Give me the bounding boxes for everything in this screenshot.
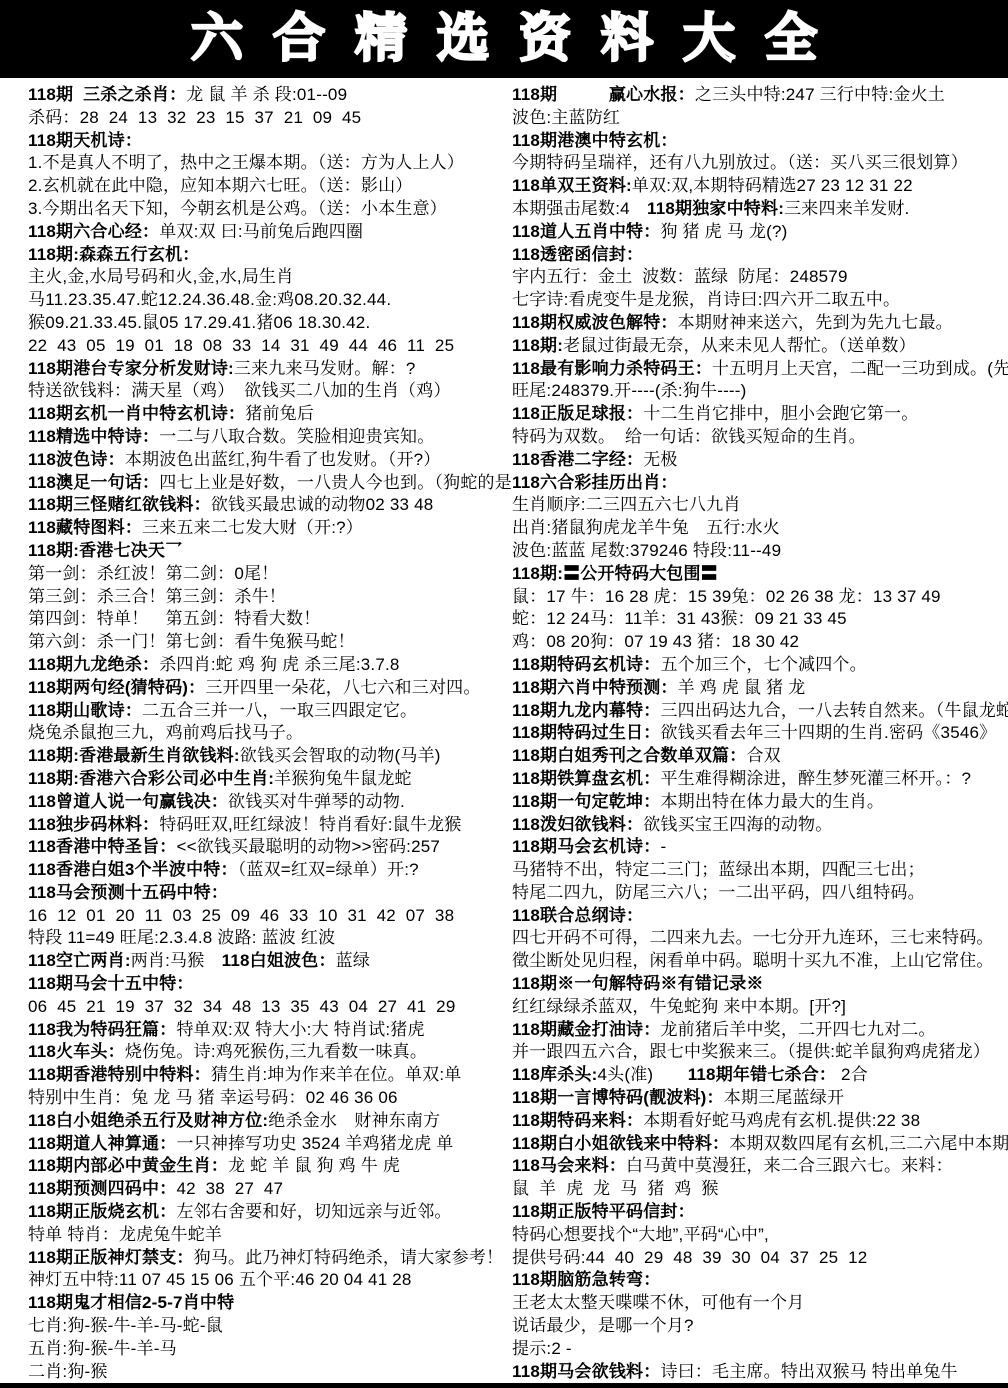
- line-label: 118期道人神算通：: [28, 1134, 176, 1153]
- lottery-info-sheet: 六合精选资料大全 118期 三杀之杀肖：龙 鼠 羊 杀 段:01--09杀码：2…: [0, 0, 1008, 1388]
- line-text: 二肖:狗-猴: [28, 1362, 108, 1381]
- line-label: 118香港二字经：: [512, 450, 643, 469]
- line-label: 118库杀头:: [512, 1065, 598, 1084]
- line-label: 赢心水报：: [609, 85, 695, 104]
- line-text: 龙前猪后羊中奖，二开四七九对二。: [660, 1020, 935, 1039]
- line-label: 118独步码林料：: [28, 815, 159, 834]
- line-label: 118马会来料：: [512, 1156, 626, 1175]
- line-label: 118香港中特圣旨：: [28, 837, 176, 856]
- text-line: 马猪特不出，特定二三门；蓝绿出本期，四配三七出；: [512, 859, 1008, 882]
- line-label: 118曾道人说一句赢钱决：: [28, 792, 228, 811]
- line-label: 118精选中特诗：: [28, 427, 159, 446]
- text-line: 特码心想要找个“大地”,平码“心中”,: [512, 1224, 1008, 1247]
- line-text: 22 43 05 19 01 18 08 33 14 31 49 44 46 1…: [28, 336, 454, 355]
- text-line: 红红绿绿杀蓝双，牛兔蛇狗 来中本期。[开?]: [512, 996, 1008, 1019]
- line-text: 白马黄中莫漫狂，来二合三跟六七。来料：: [626, 1156, 953, 1175]
- line-text: 三来四来羊发财.: [784, 199, 909, 218]
- text-line: 118火车头：烧伤兔。诗:鸡死猴伤,三九看数一味真。: [28, 1041, 504, 1064]
- text-line: 118期白小姐欲钱来中特料：本期双数四尾有玄机,三二六尾中本期: [512, 1133, 1008, 1156]
- line-text: 1.不是真人不明了，热中之王爆本期。（送：方为人上人）: [28, 153, 464, 172]
- line-label: 118波色诗：: [28, 450, 125, 469]
- text-line: 118六合彩挂历出肖：: [512, 472, 1008, 495]
- line-text: 生肖顺序:二三四五六七八九肖: [512, 495, 741, 514]
- line-label: 118期铁算盘玄机：: [512, 769, 660, 788]
- text-line: 第一剑：杀红波！第二剑：0尾！: [28, 563, 504, 586]
- line-text: 之三头中特:247 三行中特:金火土: [695, 85, 945, 104]
- text-line: 118单双王资料:单双:双,本期特码精选27 23 12 31 22: [512, 175, 1008, 198]
- line-label: 118期独家中特料:: [647, 199, 784, 218]
- line-text: 三来九来马发财。解：?: [234, 359, 416, 378]
- line-text: 说话最少，是哪一个月?: [512, 1316, 694, 1335]
- line-label: 118期六肖中特预测：: [512, 678, 678, 697]
- line-text: 合双: [746, 746, 780, 765]
- line-text: 十五明月上天宫，二配一三功到成。(先): [712, 359, 1008, 378]
- text-line: 118期道人神算通：一只神捧写功史 3524 羊鸡猪龙虎 单: [28, 1133, 504, 1156]
- line-label: 118期:〓公开特码大包围〓: [512, 564, 718, 583]
- text-line: 118正版足球报：十二生肖它排中，胆小会跑它第一。: [512, 403, 1008, 426]
- text-line: 特送欲钱料：满天星（鸡） 欲钱买二八加的生肖（鸡）: [28, 380, 504, 403]
- line-text: 特单 特肖：龙虎兔牛蛇羊: [28, 1225, 222, 1244]
- text-line: 王老太太整天喋喋不休，可他有一个月: [512, 1292, 1008, 1315]
- line-label: 118期一句定乾坤：: [512, 792, 660, 811]
- line-text: 提供号码:44 40 29 48 39 30 04 37 25 12: [512, 1248, 867, 1267]
- text-line: 七肖:狗-猴-牛-羊-马-蛇-鼠: [28, 1315, 504, 1338]
- text-line: 118香港二字经：无极: [512, 449, 1008, 472]
- text-line: 提示:2 -: [512, 1338, 1008, 1361]
- text-line: 118期山歌诗：二五合三并一八，一取三四跟定它。: [28, 700, 504, 723]
- text-line: 118期香港特别中特料：猜生肖:坤为作来羊在位。单双:单: [28, 1064, 504, 1087]
- line-text: 2.玄机就在此中隐，应知本期六七旺。（送：影山）: [28, 176, 412, 195]
- line-label: 118澳足一句话：: [28, 473, 159, 492]
- line-text: 羊猴狗兔牛鼠龙蛇: [274, 769, 412, 788]
- line-label: 118期:香港七决天乛: [28, 541, 182, 560]
- line-text: 羊 鸡 虎 鼠 猪 龙: [678, 678, 806, 697]
- line-text: 本期强击尾数:4: [512, 199, 647, 218]
- text-line: 118期:森森五行玄机：: [28, 244, 504, 267]
- text-line: 118期白姐秀刊之合数单双篇：合双: [512, 745, 1008, 768]
- line-text: 烧伤兔。诗:鸡死猴伤,三九看数一味真。: [125, 1042, 427, 1061]
- line-text: 绝杀金水 财神东南方: [268, 1111, 440, 1130]
- text-line: 特码为双数。 给一句话：欲钱买短命的生肖。: [512, 426, 1008, 449]
- line-label: 118期正版特平码信封：: [512, 1202, 695, 1221]
- line-text: 鸡：08 20狗：07 19 43 猪：18 30 42: [512, 632, 799, 651]
- text-line: 四七开码不可得，二四来九去。一七分开九连环，三七来特码。: [512, 927, 1008, 950]
- line-text: 第一剑：杀红波！第二剑：0尾！: [28, 564, 278, 583]
- line-label: 118期港澳中特玄机：: [512, 131, 678, 150]
- line-text: 主火,金,水局号码和火,金,水,局生肖: [28, 267, 293, 286]
- text-line: 118期权威波色解特：本期财神来送六，先到为先九七最。: [512, 312, 1008, 335]
- text-line: 118期一言博特码(靓波料)：本期三尾蓝绿开: [512, 1087, 1008, 1110]
- line-text: 龙 鼠 羊 杀 段:01--09: [186, 85, 347, 104]
- text-line: 118期 赢心水报：之三头中特:247 三行中特:金火土: [512, 84, 1008, 107]
- text-line: 118期九龙内幕特：三四出码达九合，一八去转自然来。（牛鼠龙蛇）: [512, 700, 1008, 723]
- line-text: 龙 蛇 羊 鼠 狗 鸡 牛 虎: [228, 1156, 400, 1175]
- line-text: 五个加三个，七个减四个。: [660, 655, 866, 674]
- text-line: 特尾二四九，防尾三六八；一二出平码，四八组特码。: [512, 882, 1008, 905]
- text-line: 118期脑筋急转弯：: [512, 1269, 1008, 1292]
- text-line: 118期 三杀之杀肖：龙 鼠 羊 杀 段:01--09: [28, 84, 504, 107]
- line-text: 今期特码呈瑞祥，还有八九别放过。（送：买八买三很划算）: [512, 153, 968, 172]
- line-text: 本期财神来送六，先到为先九七最。: [678, 313, 953, 332]
- line-text: 马猪特不出，特定二三门；蓝绿出本期，四配三七出；: [512, 860, 925, 879]
- text-line: 本期强击尾数:4 118期独家中特料:三来四来羊发财.: [512, 198, 1008, 221]
- line-label: 118期 三杀之杀肖：: [28, 85, 186, 104]
- text-line: 118期鬼才相信2-5-7肖中特: [28, 1292, 504, 1315]
- text-line: 特单 特肖：龙虎兔牛蛇羊: [28, 1224, 504, 1247]
- text-line: 第三剑：杀三合！第三剑：杀牛！: [28, 586, 504, 609]
- line-label: 118期港台专家分析发财诗:: [28, 359, 234, 378]
- line-label: 118马会预测十五码中特：: [28, 883, 228, 902]
- text-line: 118期※一句解特码※有错记录※: [512, 973, 1008, 996]
- line-text: 宇内五行：金土 波数：蓝绿 防尾：248579: [512, 267, 848, 286]
- text-line: 118期两句经(猜特码)：三开四里一朵花，八七六和三对四。: [28, 677, 504, 700]
- line-text: 三来五来二七发大财（开:?）: [142, 518, 363, 537]
- text-line: 118独步码林料：特码旺双,旺红绿波！特肖看好:鼠牛龙猴: [28, 814, 504, 837]
- line-label: 118我为特码狂篇：: [28, 1020, 176, 1039]
- line-text: 单双:双,本期特码精选27 23 12 31 22: [632, 176, 913, 195]
- line-label: 118期白小姐欲钱来中特料：: [512, 1134, 729, 1153]
- line-text: 第三剑：杀三合！第三剑：杀牛！: [28, 587, 286, 606]
- line-label: 118期天机诗：: [28, 131, 142, 150]
- text-line: 118期玄机一肖中特玄机诗：猪前兔后: [28, 403, 504, 426]
- text-line: 118期港澳中特玄机：: [512, 130, 1008, 153]
- line-text: 特段 11=49 旺尾:2.3.4.8 波路: 蓝波 红波: [28, 928, 335, 947]
- bottom-edge: [0, 1383, 1008, 1388]
- text-line: 118期铁算盘玄机：平生难得糊涂进，醉生梦死灌三杯开。：?: [512, 768, 1008, 791]
- line-text: 特码心想要找个“大地”,平码“心中”,: [512, 1225, 769, 1244]
- line-text: 马11.23.35.47.蛇12.24.36.48.金:鸡08.20.32.44…: [28, 290, 391, 309]
- text-line: 118香港中特圣旨：<<欲钱买最聪明的动物>>密码:257: [28, 836, 504, 859]
- line-text: 特码旺双,旺红绿波！特肖看好:鼠牛龙猴: [159, 815, 461, 834]
- line-label: 118期年错七杀合：: [688, 1065, 836, 1084]
- text-line: 118泼妇欲钱料：欲钱买宝王四海的动物。: [512, 814, 1008, 837]
- text-line: 118期六肖中特预测：羊 鸡 虎 鼠 猪 龙: [512, 677, 1008, 700]
- line-text: 老鼠过街最无奈，从来未见人帮忙。（送单数）: [563, 336, 916, 355]
- line-text: 猪前兔后: [245, 404, 314, 423]
- text-line: 118联合总纲诗：: [512, 905, 1008, 928]
- line-text: 猜生肖:坤为作来羊在位。单双:单: [211, 1065, 462, 1084]
- line-label: 118期权威波色解特：: [512, 313, 678, 332]
- text-line: 118库杀头:4头(准) 118期年错七杀合： 2合: [512, 1064, 1008, 1087]
- text-line: 并一跟四五六合，跟七中奖猴来三。（提供:蛇羊鼠狗鸡虎猪龙）: [512, 1041, 1008, 1064]
- line-label: 118期三怪赌红欲钱料：: [28, 495, 211, 514]
- line-text: 波色:主蓝防红: [512, 108, 620, 127]
- line-text: 出肖:猪鼠狗虎龙羊牛兔 五行:水火: [512, 518, 780, 537]
- text-line: 第六剑：杀一门！第七剑：看牛兔猴马蛇！: [28, 631, 504, 654]
- text-line: 118期内部必中黄金生肖：龙 蛇 羊 鼠 狗 鸡 牛 虎: [28, 1155, 504, 1178]
- text-line: 118期特码玄机诗：五个加三个，七个减四个。: [512, 654, 1008, 677]
- line-text: 42 38 27 47: [176, 1179, 283, 1198]
- line-label: 118最有影响力杀特码王：: [512, 359, 712, 378]
- text-line: 七字诗:看虎变牛是龙猴，肖诗曰:四六开二取五中。: [512, 289, 1008, 312]
- line-label: 118期特码来料：: [512, 1111, 643, 1130]
- text-line: 主火,金,水局号码和火,金,水,局生肖: [28, 266, 504, 289]
- line-text: 欲钱买会智取的动物(马羊): [240, 746, 441, 765]
- line-text: 欲钱买宝王四海的动物。: [643, 815, 832, 834]
- text-line: 118马会来料：白马黄中莫漫狂，来二合三跟六七。来料：: [512, 1155, 1008, 1178]
- line-label: 118道人五肖中特：: [512, 222, 660, 241]
- line-label: 118期:香港六合彩公司必中生肖:: [28, 769, 274, 788]
- line-label: 118期内部必中黄金生肖：: [28, 1156, 228, 1175]
- line-label: 118藏特图料：: [28, 518, 142, 537]
- text-line: 1.不是真人不明了，热中之王爆本期。（送：方为人上人）: [28, 152, 504, 175]
- column-left: 118期 三杀之杀肖：龙 鼠 羊 杀 段:01--09杀码：28 24 13 3…: [0, 84, 504, 1383]
- text-line: 出肖:猪鼠狗虎龙羊牛兔 五行:水火: [512, 517, 1008, 540]
- line-label: 118期马会欲钱料：: [512, 1362, 660, 1381]
- line-label: 118白小姐绝杀五行及财神方位:: [28, 1111, 268, 1130]
- text-line: 118期:香港六合彩公司必中生肖:羊猴狗兔牛鼠龙蛇: [28, 768, 504, 791]
- line-label: 118单双王资料:: [512, 176, 632, 195]
- text-line: 118香港白姐3个半波中特：（蓝双=红双=绿单）开:?: [28, 859, 504, 882]
- line-text: 特别中生肖：兔 龙 马 猪 幸运号码：02 46 36 06: [28, 1088, 398, 1107]
- line-text: 王老太太整天喋喋不休，可他有一个月: [512, 1293, 804, 1312]
- text-line: 118曾道人说一句赢钱决：欲钱买对牛弹琴的动物.: [28, 791, 504, 814]
- text-line: 118期马会欲钱料：诗曰：毛主席。特出双猴马 特出单兔牛: [512, 1361, 1008, 1384]
- text-line: 鼠：17 牛：16 28 虎：15 39兔：02 26 38 龙：13 37 4…: [512, 586, 1008, 609]
- text-columns: 118期 三杀之杀肖：龙 鼠 羊 杀 段:01--09杀码：28 24 13 3…: [0, 84, 1008, 1383]
- line-text: 四七上业是好数，一八贵人今也到。（狗蛇的是: [159, 473, 512, 492]
- line-label: 118期: [512, 85, 557, 104]
- line-label: 118期预测四码中：: [28, 1179, 176, 1198]
- text-line: 2.玄机就在此中隐，应知本期六七旺。（送：影山）: [28, 175, 504, 198]
- line-text: 一只神捧写功史 3524 羊鸡猪龙虎 单: [176, 1134, 453, 1153]
- text-line: 特别中生肖：兔 龙 马 猪 幸运号码：02 46 36 06: [28, 1087, 504, 1110]
- text-line: 118最有影响力杀特码王：十五明月上天宫，二配一三功到成。(先): [512, 358, 1008, 381]
- text-line: 118期港台专家分析发财诗:三来九来马发财。解：?: [28, 358, 504, 381]
- text-line: 118空亡两肖:两肖:马猴 118白姐波色：蓝绿: [28, 950, 504, 973]
- line-label: 118期九龙绝杀：: [28, 655, 159, 674]
- line-label: 118期白姐秀刊之合数单双篇：: [512, 746, 746, 765]
- line-text: 本期三尾蓝绿开: [724, 1088, 844, 1107]
- line-text: 特送欲钱料：满天星（鸡） 欲钱买二八加的生肖（鸡）: [28, 381, 451, 400]
- line-text: （蓝双=红双=绿单）开:?: [238, 860, 419, 879]
- line-label: 118六合彩挂历出肖：: [512, 473, 678, 492]
- line-text: 杀四肖:蛇 鸡 狗 虎 杀三尾:3.7.8: [159, 655, 399, 674]
- line-text: 第六剑：杀一门！第七剑：看牛兔猴马蛇！: [28, 632, 355, 651]
- line-text: 本期双数四尾有玄机,三二六尾中本期: [729, 1134, 1008, 1153]
- text-line: 五肖:狗-猴-牛-羊-马: [28, 1338, 504, 1361]
- text-line: 118藏特图料：三来五来二七发大财（开:?）: [28, 517, 504, 540]
- line-label: 118泼妇欲钱料：: [512, 815, 643, 834]
- line-text: 旺尾:248379.开----(杀:狗牛----): [512, 381, 747, 400]
- text-line: 烧兔杀鼠抱三九，鸡前鸡后找马子。: [28, 722, 504, 745]
- line-label: 118火车头：: [28, 1042, 125, 1061]
- text-line: 118期正版烧玄机：左邻右舍要和好，切知远亲与近邻。: [28, 1201, 504, 1224]
- text-line: 神灯五中特:11 07 45 15 06 五个平:46 20 04 41 28: [28, 1269, 504, 1292]
- text-line: 118期藏金打油诗：龙前猪后羊中奖，二开四七九对二。: [512, 1019, 1008, 1042]
- line-label: 118期:: [512, 336, 563, 355]
- line-label: 118期特码过生日：: [512, 723, 660, 742]
- text-line: 118澳足一句话：四七上业是好数，一八贵人今也到。（狗蛇的是: [28, 472, 504, 495]
- line-text: 两肖:马猴: [131, 951, 222, 970]
- line-label: 118期特码玄机诗：: [512, 655, 660, 674]
- text-line: 今期特码呈瑞祥，还有八九别放过。（送：买八买三很划算）: [512, 152, 1008, 175]
- text-line: 118期:〓公开特码大包围〓: [512, 563, 1008, 586]
- line-text: 鼠：17 牛：16 28 虎：15 39兔：02 26 38 龙：13 37 4…: [512, 587, 941, 606]
- line-text: 本期出特在体力最大的生肖。: [660, 792, 884, 811]
- line-text: 诗曰：毛主席。特出双猴马 特出单兔牛: [660, 1362, 957, 1381]
- line-text: 波色:蓝蓝 尾数:379246 特段:11--49: [512, 541, 781, 560]
- line-text: 四七开码不可得，二四来九去。一七分开九连环，三七来特码。: [512, 928, 994, 947]
- text-line: 118道人五肖中特：狗 猪 虎 马 龙(?): [512, 221, 1008, 244]
- line-text: 特码为双数。 给一句话：欲钱买短命的生肖。: [512, 427, 866, 446]
- title-banner: 六合精选资料大全: [0, 0, 1008, 78]
- line-text: 平生难得糊涂进，醉生梦死灌三杯开。：?: [660, 769, 971, 788]
- text-line: 鼠 羊 虎 龙 马 猪 鸡 猴: [512, 1178, 1008, 1201]
- line-text: 徵尘断处见归程，闲看单中码。聪明十买九不准，上山它常住。: [512, 951, 994, 970]
- text-line: 蛇：12 24马：11羊：31 43猴：09 21 33 45: [512, 608, 1008, 631]
- text-line: 118期特码来料：本期看好蛇马鸡虎有玄机.提供:22 38: [512, 1110, 1008, 1133]
- text-line: 3.今期出名天下知，今朝玄机是公鸡。（送：小本生意）: [28, 198, 504, 221]
- line-text: 七字诗:看虎变牛是龙猴，肖诗曰:四六开二取五中。: [512, 290, 900, 309]
- text-line: 生肖顺序:二三四五六七八九肖: [512, 494, 1008, 517]
- text-line: 16 12 01 20 11 03 25 09 46 33 10 31 42 0…: [28, 905, 504, 928]
- text-line: 118精选中特诗：一二与八取合数。笑脸相迎贵宾知。: [28, 426, 504, 449]
- line-text: 单双:双 曰:马前兔后跑四圈: [159, 222, 363, 241]
- text-line: 宇内五行：金土 波数：蓝绿 防尾：248579: [512, 266, 1008, 289]
- line-label: 118期藏金打油诗：: [512, 1020, 660, 1039]
- text-line: 118期六合心经：单双:双 曰:马前兔后跑四圈: [28, 221, 504, 244]
- text-line: 二肖:狗-猴: [28, 1361, 504, 1384]
- line-text: 狗马。此乃神灯特码绝杀，请大家参考！: [194, 1248, 504, 1267]
- line-text: 特单双:双 特大小:大 特肖试:猪虎: [176, 1020, 424, 1039]
- text-line: 第四剑：特单！ 第五剑：特看大数！: [28, 608, 504, 631]
- line-label: 118香港白姐3个半波中特：: [28, 860, 238, 879]
- text-line: 06 45 21 19 37 32 34 48 13 35 43 04 27 4…: [28, 996, 504, 1019]
- line-text: 并一跟四五六合，跟七中奖猴来三。（提供:蛇羊鼠狗鸡虎猪龙）: [512, 1042, 990, 1061]
- line-text: 3.今期出名天下知，今朝玄机是公鸡。（送：小本生意）: [28, 199, 447, 218]
- line-text: 杀码：28 24 13 32 23 15 37 21 09 45: [28, 108, 361, 127]
- line-text: [557, 85, 609, 104]
- text-line: 118期:香港最新生肖欲钱料:欲钱买会智取的动物(马羊): [28, 745, 504, 768]
- page-title: 六合精选资料大全: [161, 0, 847, 78]
- line-text: 烧兔杀鼠抱三九，鸡前鸡后找马子。: [28, 723, 303, 742]
- line-label: 118期正版烧玄机：: [28, 1202, 176, 1221]
- text-line: 118期:香港七决天乛: [28, 540, 504, 563]
- text-line: 118期:老鼠过街最无奈，从来未见人帮忙。（送单数）: [512, 335, 1008, 358]
- text-line: 说话最少，是哪一个月?: [512, 1315, 1008, 1338]
- line-label: 118白姐波色：: [222, 951, 336, 970]
- line-text: 06 45 21 19 37 32 34 48 13 35 43 04 27 4…: [28, 997, 456, 1016]
- line-text: 欲钱买最忠诚的动物02 33 48: [211, 495, 434, 514]
- line-text: 鼠 羊 虎 龙 马 猪 鸡 猴: [512, 1179, 719, 1198]
- line-text: 本期波色出蓝红,狗牛看了也发财。（开?）: [125, 450, 441, 469]
- line-label: 118联合总纲诗：: [512, 906, 643, 925]
- column-right: 118期 赢心水报：之三头中特:247 三行中特:金火土波色:主蓝防红118期港…: [504, 84, 1008, 1383]
- line-text: 红红绿绿杀蓝双，牛兔蛇狗 来中本期。[开?]: [512, 997, 846, 1016]
- line-label: 118期正版神灯禁支：: [28, 1248, 194, 1267]
- text-line: 118期马会十五中特：: [28, 973, 504, 996]
- line-label: 118正版足球报：: [512, 404, 643, 423]
- line-text: 4头(准): [598, 1065, 688, 1084]
- line-text: 欲钱买对牛弹琴的动物.: [228, 792, 405, 811]
- text-line: 118期马会玄机诗：-: [512, 836, 1008, 859]
- text-line: 马11.23.35.47.蛇12.24.36.48.金:鸡08.20.32.44…: [28, 289, 504, 312]
- line-label: 118期两句经(猜特码)：: [28, 678, 205, 697]
- line-label: 118空亡两肖:: [28, 951, 131, 970]
- line-label: 118期※一句解特码※有错记录※: [512, 974, 764, 993]
- line-label: 118期玄机一肖中特玄机诗：: [28, 404, 245, 423]
- line-label: 118期香港特别中特料：: [28, 1065, 211, 1084]
- line-text: 五肖:狗-猴-牛-羊-马: [28, 1339, 177, 1358]
- line-label: 118期脑筋急转弯：: [512, 1270, 660, 1289]
- line-text: 蛇：12 24马：11羊：31 43猴：09 21 33 45: [512, 609, 847, 628]
- line-text: 三四出码达九合，一八去转自然来。（牛鼠龙蛇）: [660, 701, 1008, 720]
- text-line: 特段 11=49 旺尾:2.3.4.8 波路: 蓝波 红波: [28, 927, 504, 950]
- text-line: 22 43 05 19 01 18 08 33 14 31 49 44 46 1…: [28, 335, 504, 358]
- text-line: 118期一句定乾坤：本期出特在体力最大的生肖。: [512, 791, 1008, 814]
- text-line: 118期预测四码中：42 38 27 47: [28, 1178, 504, 1201]
- text-line: 118期正版特平码信封：: [512, 1201, 1008, 1224]
- text-line: 118期三怪赌红欲钱料：欲钱买最忠诚的动物02 33 48: [28, 494, 504, 517]
- line-text: 欲钱买看去年三十四期的生肖.密码《3546》: [660, 723, 996, 742]
- line-label: 118期山歌诗：: [28, 701, 142, 720]
- text-line: 118透密函信封：: [512, 244, 1008, 267]
- line-text: 无极: [643, 450, 677, 469]
- line-text: 本期看好蛇马鸡虎有玄机.提供:22 38: [643, 1111, 920, 1130]
- line-text: 左邻右舍要和好，切知远亲与近邻。: [176, 1202, 451, 1221]
- text-line: 猴09.21.33.45.鼠05 17.29.41.猪06 18.30.42.: [28, 312, 504, 335]
- line-text: 特尾二四九，防尾三六八；一二出平码，四八组特码。: [512, 883, 925, 902]
- text-line: 波色:主蓝防红: [512, 107, 1008, 130]
- text-line: 鸡：08 20狗：07 19 43 猪：18 30 42: [512, 631, 1008, 654]
- text-line: 波色:蓝蓝 尾数:379246 特段:11--49: [512, 540, 1008, 563]
- line-label: 118透密函信封：: [512, 245, 643, 264]
- text-line: 118我为特码狂篇：特单双:双 特大小:大 特肖试:猪虎: [28, 1019, 504, 1042]
- line-text: 提示:2 -: [512, 1339, 572, 1358]
- text-line: 旺尾:248379.开----(杀:狗牛----): [512, 380, 1008, 403]
- text-line: 118波色诗：本期波色出蓝红,狗牛看了也发财。（开?）: [28, 449, 504, 472]
- line-label: 118期马会玄机诗：: [512, 837, 660, 856]
- text-line: 118期九龙绝杀：杀四肖:蛇 鸡 狗 虎 杀三尾:3.7.8: [28, 654, 504, 677]
- line-text: 神灯五中特:11 07 45 15 06 五个平:46 20 04 41 28: [28, 1270, 412, 1289]
- line-text: 一二与八取合数。笑脸相迎贵宾知。: [159, 427, 434, 446]
- text-line: 118白小姐绝杀五行及财神方位:绝杀金水 财神东南方: [28, 1110, 504, 1133]
- line-label: 118期:森森五行玄机：: [28, 245, 200, 264]
- line-text: 猴09.21.33.45.鼠05 17.29.41.猪06 18.30.42.: [28, 313, 370, 332]
- line-text: 2合: [836, 1065, 868, 1084]
- line-text: 16 12 01 20 11 03 25 09 46 33 10 31 42 0…: [28, 906, 454, 925]
- line-label: 118期马会十五中特：: [28, 974, 194, 993]
- text-line: 杀码：28 24 13 32 23 15 37 21 09 45: [28, 107, 504, 130]
- line-text: 第四剑：特单！ 第五剑：特看大数！: [28, 609, 320, 628]
- text-line: 118期正版神灯禁支：狗马。此乃神灯特码绝杀，请大家参考！: [28, 1247, 504, 1270]
- text-line: 118马会预测十五码中特：: [28, 882, 504, 905]
- line-text: 狗 猪 虎 马 龙(?): [660, 222, 787, 241]
- text-line: 提供号码:44 40 29 48 39 30 04 37 25 12: [512, 1247, 1008, 1270]
- text-line: 118期特码过生日：欲钱买看去年三十四期的生肖.密码《3546》: [512, 722, 1008, 745]
- line-text: <<欲钱买最聪明的动物>>密码:257: [176, 837, 440, 856]
- line-label: 118期九龙内幕特：: [512, 701, 660, 720]
- line-label: 118期六合心经：: [28, 222, 159, 241]
- line-text: 十二生肖它排中，胆小会跑它第一。: [643, 404, 918, 423]
- line-label: 118期鬼才相信2-5-7肖中特: [28, 1293, 234, 1312]
- line-text: 蓝绿: [336, 951, 370, 970]
- text-line: 徵尘断处见归程，闲看单中码。聪明十买九不准，上山它常住。: [512, 950, 1008, 973]
- line-label: 118期一言博特码(靓波料)：: [512, 1088, 724, 1107]
- text-line: 118期天机诗：: [28, 130, 504, 153]
- line-text: 七肖:狗-猴-牛-羊-马-蛇-鼠: [28, 1316, 223, 1335]
- line-text: 三开四里一朵花，八七六和三对四。: [205, 678, 480, 697]
- line-label: 118期:香港最新生肖欲钱料:: [28, 746, 240, 765]
- line-text: -: [660, 837, 666, 856]
- line-text: 二五合三并一八，一取三四跟定它。: [142, 701, 417, 720]
